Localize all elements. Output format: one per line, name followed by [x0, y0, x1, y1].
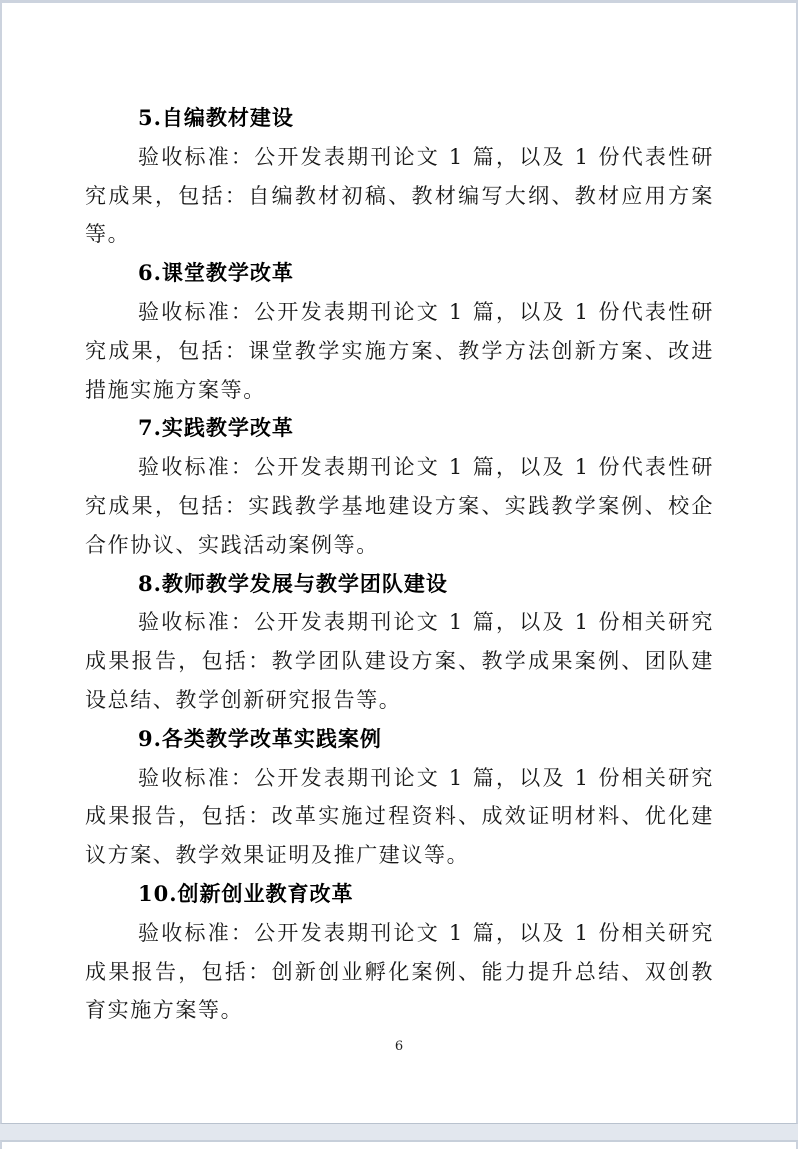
section-10-paragraph: 验收标准：公开发表期刊论文 1 篇，以及 1 份相关研究成果报告，包括：创新创业… [85, 914, 714, 1030]
section-8-paragraph: 验收标准：公开发表期刊论文 1 篇，以及 1 份相关研究成果报告，包括：教学团队… [85, 603, 714, 719]
section-9-paragraph: 验收标准：公开发表期刊论文 1 篇，以及 1 份相关研究成果报告，包括：改革实施… [85, 759, 714, 875]
document-page: 5.自编教材建设 验收标准：公开发表期刊论文 1 篇，以及 1 份代表性研究成果… [0, 0, 798, 1124]
section-5-heading: 5.自编教材建设 [85, 99, 714, 138]
page-separator [0, 1124, 798, 1140]
section-7-paragraph: 验收标准：公开发表期刊论文 1 篇，以及 1 份代表性研究成果，包括：实践教学基… [85, 448, 714, 564]
section-9-heading: 9.各类教学改革实践案例 [85, 720, 714, 759]
section-5-paragraph: 验收标准：公开发表期刊论文 1 篇，以及 1 份代表性研究成果，包括：自编教材初… [85, 138, 714, 254]
section-6-paragraph: 验收标准：公开发表期刊论文 1 篇，以及 1 份代表性研究成果，包括：课堂教学实… [85, 293, 714, 409]
section-6-heading: 6.课堂教学改革 [85, 254, 714, 293]
page-number: 6 [2, 1039, 796, 1054]
section-7-heading: 7.实践教学改革 [85, 409, 714, 448]
section-10-heading: 10.创新创业教育改革 [85, 875, 714, 914]
next-page-top-edge [0, 1140, 798, 1149]
section-8-heading: 8.教师教学发展与教学团队建设 [85, 565, 714, 604]
page-content: 5.自编教材建设 验收标准：公开发表期刊论文 1 篇，以及 1 份代表性研究成果… [85, 99, 714, 1030]
